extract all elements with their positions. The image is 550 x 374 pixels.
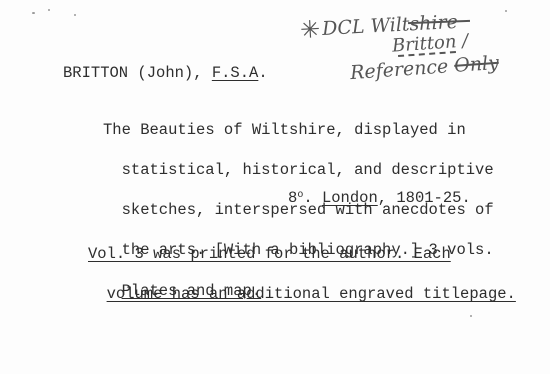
handwritten-only-word-struck: Only — [453, 52, 499, 77]
handwritten-reference-word: Reference — [349, 55, 455, 84]
scan-speck — [74, 14, 76, 16]
author-heading: BRITTON (John), F.S.A. — [63, 67, 268, 80]
imprint-separator: . — [303, 189, 322, 207]
title-line: statistical, historical, and descriptive — [122, 164, 494, 177]
handwritten-reference-note: Reference Only — [349, 52, 499, 84]
catalog-card: ✳DCL Wiltshire Britton / Reference Only … — [0, 0, 550, 374]
imprint-line: 8o. London, 1801-25. — [288, 189, 471, 205]
title-line: The Beauties of Wiltshire, displayed in — [103, 124, 494, 137]
imprint-date: , 1801-25. — [378, 189, 471, 207]
note-line: volume has an additional engraved titlep… — [107, 288, 516, 301]
scan-speck — [48, 9, 50, 11]
imprint-place: London — [322, 189, 378, 207]
volume-note: Vol. 3 was printed for the author. Each … — [88, 221, 516, 328]
scan-speck — [505, 10, 507, 12]
asterisk-mark: ✳ — [299, 15, 323, 44]
author-name: BRITTON (John), — [63, 64, 212, 82]
scan-speck — [32, 12, 35, 14]
author-honorific: F.S.A — [212, 64, 259, 82]
format-number: 8 — [288, 189, 297, 207]
heading-period: . — [258, 64, 267, 82]
note-line: Vol. 3 was printed for the author. Each — [88, 248, 516, 261]
